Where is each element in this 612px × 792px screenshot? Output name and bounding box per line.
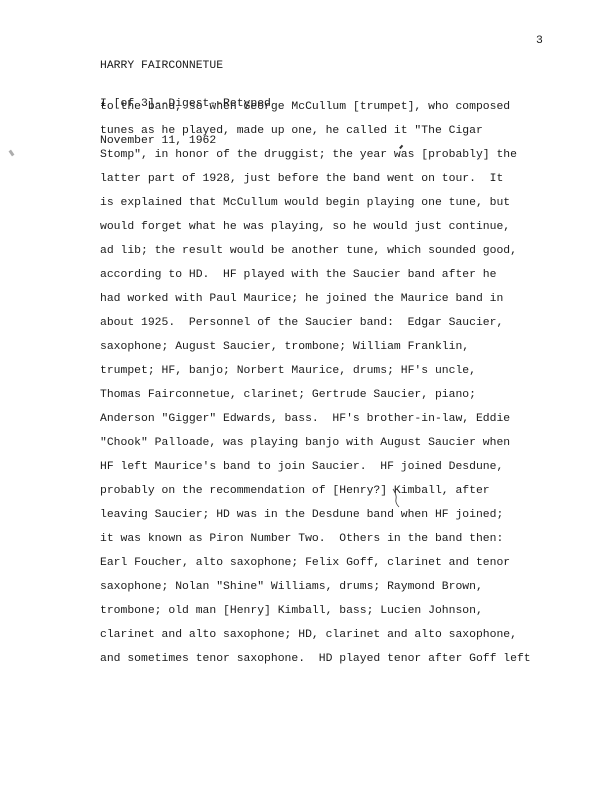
body-line: Earl Foucher, alto saxophone; Felix Goff… (100, 551, 560, 575)
body-line: "Chook" Palloade, was playing banjo with… (100, 431, 560, 455)
page-number: 3 (536, 35, 543, 48)
body-line: according to HD. HF played with the Sauc… (100, 263, 560, 287)
body-line: latter part of 1928, just before the ban… (100, 167, 560, 191)
body-line: Thomas Fairconnetue, clarinet; Gertrude … (100, 383, 560, 407)
header-name: HARRY FAIRCONNETUE (100, 60, 271, 73)
body-line: and sometimes tenor saxophone. HD played… (100, 647, 560, 671)
body-line: would forget what he was playing, so he … (100, 215, 560, 239)
body-line: is explained that McCullum would begin p… (100, 191, 560, 215)
body-line: clarinet and alto saxophone; HD, clarine… (100, 623, 560, 647)
body-line: Anderson "Gigger" Edwards, bass. HF's br… (100, 407, 560, 431)
body-line: it was known as Piron Number Two. Others… (100, 527, 560, 551)
body-line: saxophone; Nolan "Shine" Williams, drums… (100, 575, 560, 599)
body-line: ad lib; the result would be another tune… (100, 239, 560, 263)
body-line: HF left Maurice's band to join Saucier. … (100, 455, 560, 479)
body-line: trombone; old man [Henry] Kimball, bass;… (100, 599, 560, 623)
body-line: Stomp", in honor of the druggist; the ye… (100, 143, 560, 167)
document-body: to the band, so when George McCullum [tr… (100, 95, 560, 671)
body-line: had worked with Paul Maurice; he joined … (100, 287, 560, 311)
body-line: saxophone; August Saucier, trombone; Wil… (100, 335, 560, 359)
body-line: tunes as he played, made up one, he call… (100, 119, 560, 143)
margin-pencil-mark (9, 150, 15, 157)
document-page: HARRY FAIRCONNETUE I [of 3]--Digest--Ret… (0, 0, 612, 792)
body-line: leaving Saucier; HD was in the Desdune b… (100, 503, 560, 527)
body-line: probably on the recommendation of [Henry… (100, 479, 560, 503)
body-line: to the band, so when George McCullum [tr… (100, 95, 560, 119)
body-line: about 1925. Personnel of the Saucier ban… (100, 311, 560, 335)
body-line: trumpet; HF, banjo; Norbert Maurice, dru… (100, 359, 560, 383)
